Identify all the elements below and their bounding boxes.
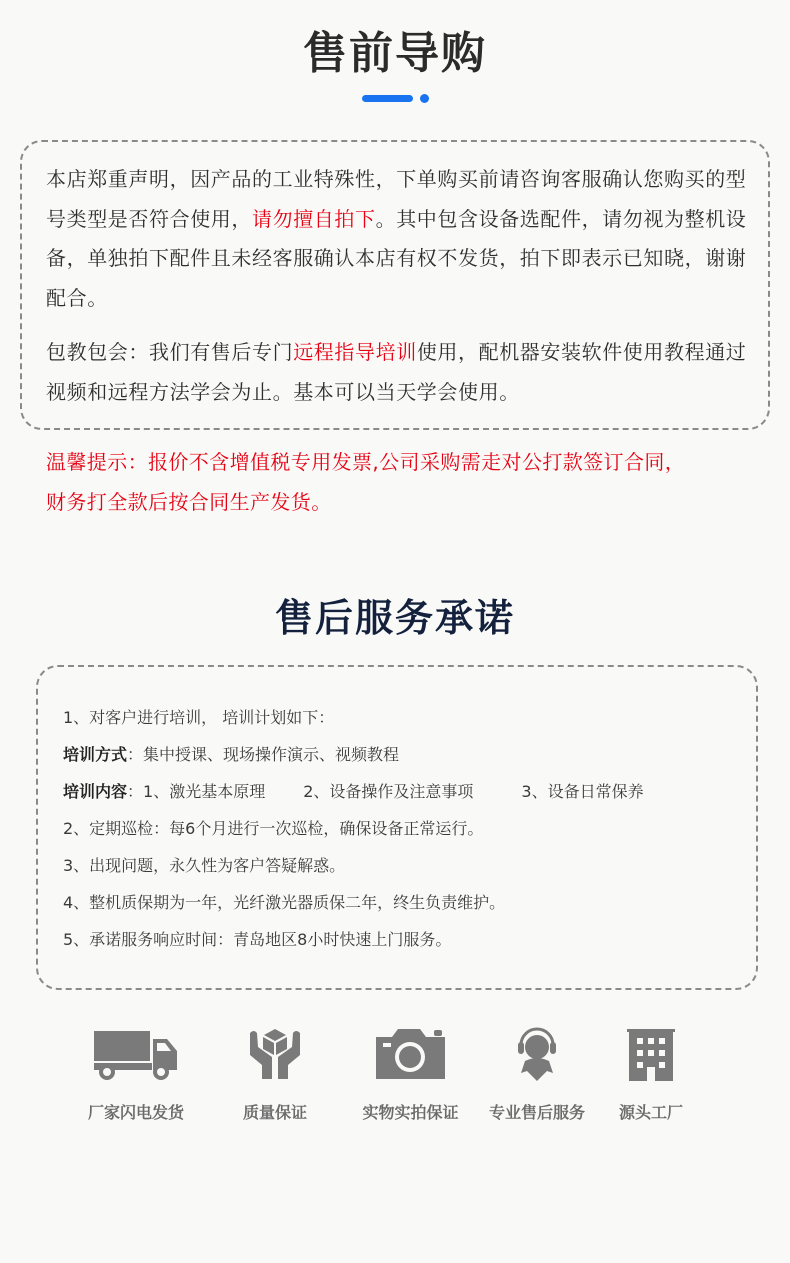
training-method-value: ：集中授课、现场操作演示、视频教程: [127, 745, 399, 764]
notice-paragraph-1: 本店郑重声明，因产品的工业特殊性，下单购买前请咨询客服确认您购买的型号类型是否符…: [46, 160, 751, 318]
training-content: 培训内容：1、激光基本原理2、设备操作及注意事项3、设备日常保养: [63, 781, 644, 803]
notice-text: 包教包会：我们有售后专门: [46, 340, 293, 364]
training-content-3: 3、设备日常保养: [521, 782, 643, 801]
notice-highlight-text: 远程指导培训: [293, 340, 417, 364]
feature-label: 源头工厂: [619, 1100, 683, 1123]
service-item-3: 3、出现问题，永久性为客户答疑解惑。: [63, 855, 345, 877]
truck-icon: [93, 1025, 179, 1081]
feature-after-sale-service: 专业售后服务: [517, 1025, 557, 1081]
feature-real-photo: 实物实拍保证: [374, 1025, 447, 1081]
camera-icon: [374, 1025, 447, 1081]
service-item-4: 4、整机质保期为一年，光纤激光器质保二年，终生负责维护。: [63, 892, 505, 914]
notice-paragraph-2: 包教包会：我们有售后专门远程指导培训使用，配机器安装软件使用教程通过视频和远程方…: [46, 333, 751, 412]
after-sale-title: 售后服务承诺: [0, 590, 790, 646]
service-item-1: 1、对客户进行培训， 培训计划如下：: [63, 707, 334, 729]
training-method-label: 培训方式: [63, 745, 127, 764]
feature-label: 厂家闪电发货: [88, 1100, 184, 1123]
training-content-2: 2、设备操作及注意事项: [303, 782, 473, 801]
pre-sale-title: 售前导购: [0, 24, 790, 84]
warm-tip-line-2: 财务打全款后按合同生产发货。: [46, 483, 766, 523]
training-content-1: ：1、激光基本原理: [127, 782, 265, 801]
feature-fast-shipping: 厂家闪电发货: [93, 1025, 179, 1081]
warm-tip: 温馨提示：报价不含增值税专用发票,公司采购需走对公打款签订合同， 财务打全款后按…: [46, 443, 766, 522]
training-method: 培训方式：集中授课、现场操作演示、视频教程: [63, 744, 399, 766]
feature-source-factory: 源头工厂: [627, 1025, 675, 1081]
warm-tip-line-1: 温馨提示：报价不含增值税专用发票,公司采购需走对公打款签订合同，: [46, 443, 766, 483]
feature-quality: 质量保证: [248, 1025, 302, 1081]
notice-warning-text: 请勿擅自拍下: [252, 207, 376, 231]
title-underline-bar: [362, 95, 413, 102]
feature-label: 实物实拍保证: [362, 1100, 458, 1123]
headset-agent-icon: [517, 1025, 557, 1081]
feature-icons-row: 厂家闪电发货 质量保证 实物实拍保证 专业售后服务: [0, 1025, 790, 1135]
training-content-label: 培训内容: [63, 782, 127, 801]
service-item-2: 2、定期巡检：每6个月进行一次巡检，确保设备正常运行。: [63, 818, 483, 840]
feature-label: 专业售后服务: [489, 1100, 585, 1123]
building-icon: [627, 1025, 675, 1081]
feature-label: 质量保证: [243, 1100, 307, 1123]
hands-box-icon: [248, 1025, 302, 1081]
service-item-5: 5、承诺服务响应时间：青岛地区8小时快速上门服务。: [63, 929, 451, 951]
title-underline-dot: [420, 94, 429, 103]
